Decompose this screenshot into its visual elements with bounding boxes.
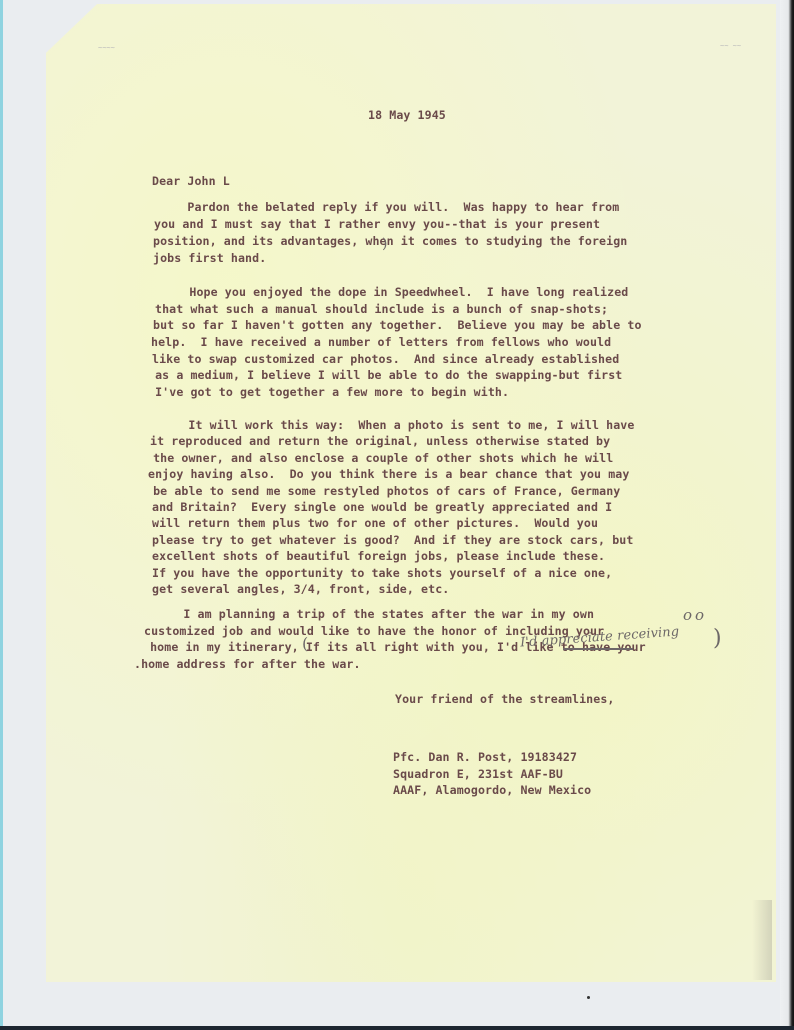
paragraph-line: that what such a manual should include i… [155, 302, 608, 316]
paragraph-line: please try to get whatever is good? And … [152, 533, 633, 547]
paragraph-line: help. I have received a number of letter… [151, 335, 611, 349]
paragraph-line: Pardon the belated reply if you will. Wa… [152, 200, 619, 214]
letter-closing: Your friend of the streamlines, [395, 692, 614, 706]
paragraph-line: the owner, and also enclose a couple of … [146, 451, 613, 465]
letter-date: 18 May 1945 [368, 108, 446, 122]
handwritten-bracket: ) [713, 626, 722, 651]
paragraph-line: If you have the opportunity to take shot… [152, 566, 612, 580]
signature-line: Squadron E, 231st AAF-BU [393, 767, 563, 781]
paragraph-line: and Britain? Every single one would be g… [152, 500, 612, 514]
paragraph-line: be able to send me some restyled photos … [146, 484, 620, 498]
signature-line: Pfc. Dan R. Post, 19183427 [393, 750, 577, 764]
paragraph-line: .home address for after the war. [134, 657, 361, 671]
paragraph-line: jobs first hand. [153, 251, 266, 265]
paragraph-line: as a medium, I believe I will be able to… [148, 368, 622, 382]
paragraph-line: excellent shots of beautiful foreign job… [152, 549, 605, 563]
scan-speck [587, 996, 590, 999]
paragraph-line: it reproduced and return the original, u… [150, 434, 610, 448]
strikethrough-mark [563, 648, 633, 650]
paragraph-line: It will work this way: When a photo is s… [153, 418, 634, 432]
paragraph-line: get several angles, 3/4, front, side, et… [152, 582, 449, 596]
paragraph-line: but so far I haven't gotten any together… [153, 318, 642, 332]
paragraph-line: will return them plus two for one of oth… [152, 516, 598, 530]
paragraph-line: position, and its advantages, when it co… [153, 234, 627, 248]
paragraph-line: you and I must say that I rather envy yo… [154, 217, 600, 231]
signature-line: AAAF, Alamogordo, New Mexico [393, 783, 591, 797]
paragraph-line: I've got to get together a few more to b… [148, 385, 509, 399]
paragraph-line: I am planning a trip of the states after… [148, 607, 594, 621]
faint-bleedthrough-mark: ~~ ~~ [720, 42, 741, 50]
faint-bleedthrough-mark: ~~~~ [98, 44, 115, 52]
handwritten-circle-mark: ( [302, 634, 308, 653]
handwritten-annotation-oo: oo [683, 606, 707, 624]
paragraph-line: Hope you enjoyed the dope in Speedwheel.… [154, 285, 628, 299]
handwritten-comma-mark: ) [382, 236, 388, 252]
letter-greeting: Dear John L [152, 174, 230, 188]
typed-letter: 18 May 1945 Dear John L Pardon the belat… [0, 0, 794, 1030]
paragraph-line: like to swap customized car photos. And … [152, 352, 619, 366]
paragraph-line: enjoy having also. Do you think there is… [148, 467, 629, 481]
